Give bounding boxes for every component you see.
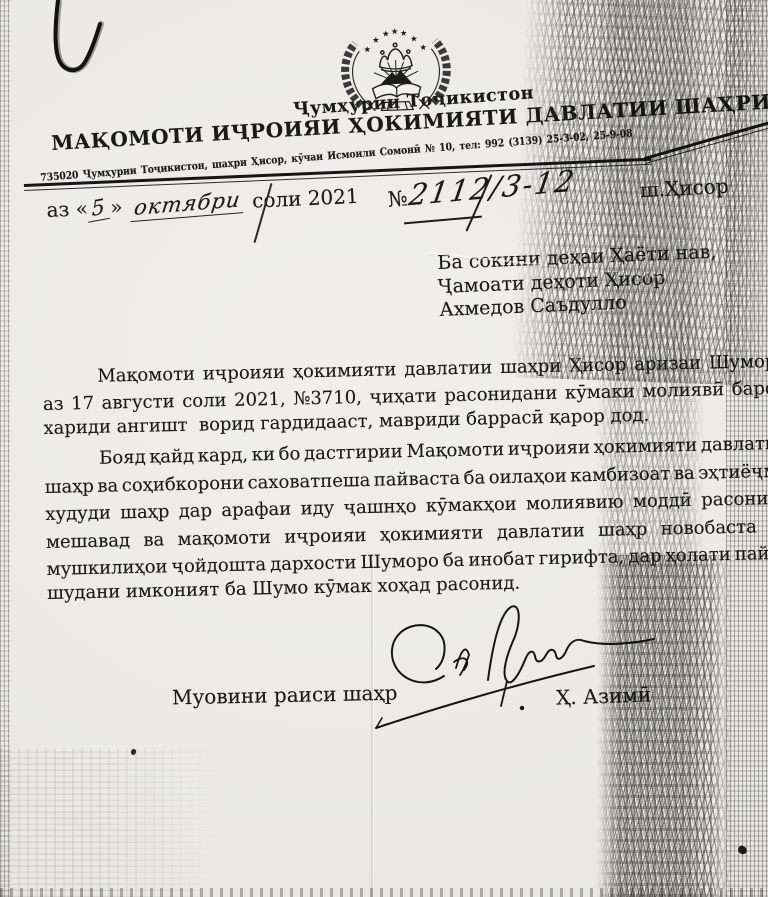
word: кард,: [198, 445, 249, 467]
svg-text:★: ★: [382, 29, 389, 38]
word: иду: [300, 498, 334, 520]
word: пайваста: [374, 467, 461, 490]
word: ва: [674, 462, 695, 483]
word: дастгирии: [304, 441, 403, 464]
word: арафаи: [221, 499, 291, 522]
scanner-noise-band: [0, 888, 768, 897]
city-label: ш.Ҳисор: [639, 174, 729, 203]
svg-text:★: ★: [363, 45, 370, 54]
word: давлатии: [701, 433, 768, 456]
scanned-letter-page: ★★★ ★★★★ Ҷумҳурии Тоҷикистон МАҚОМОТИ ИҶ…: [0, 0, 768, 897]
header-rule-right: [644, 119, 768, 164]
word: инобат: [468, 548, 535, 570]
word: саховатпеша: [247, 469, 370, 493]
word: Шуморо: [709, 350, 768, 373]
word: эҳтиёҷманди: [698, 459, 768, 483]
word: аризаи: [634, 352, 701, 374]
word: бо: [278, 443, 300, 464]
word: камбизоат: [570, 463, 671, 486]
word: ҷиҳати: [369, 385, 437, 407]
word: №3710,: [293, 387, 362, 409]
word: 17: [71, 393, 94, 414]
word: соли: [182, 390, 227, 412]
word: ба: [463, 467, 485, 488]
svg-text:★: ★: [410, 34, 417, 43]
word: 2021,: [234, 389, 286, 411]
word: Бояд: [99, 447, 146, 469]
word: ҳокимияти: [293, 359, 397, 382]
number-sign: №: [387, 186, 409, 212]
handwritten-signature-icon: [372, 578, 662, 733]
word: Ҳисор: [569, 354, 627, 376]
scanner-noise-band: [0, 0, 10, 897]
word: ки: [252, 444, 276, 466]
addressee-block: Ба сокини деҳаи Ҳаёти нав, Ҷамоати деҳот…: [437, 241, 719, 323]
word: Мақомоти: [97, 363, 195, 386]
word: давлатии: [404, 357, 493, 380]
word: мушкилиҳои: [46, 556, 167, 580]
word: иҷроияи: [508, 437, 591, 460]
word: ҳолати: [665, 544, 731, 566]
paperclip-icon: [40, 0, 110, 90]
word: иҷроияи: [284, 524, 367, 547]
word: ҷашнҳо: [343, 496, 416, 519]
svg-text:★: ★: [372, 36, 379, 45]
word: ҳокимияти: [593, 435, 697, 458]
word: новобаста: [660, 516, 757, 539]
word: кӯмакҳои: [426, 494, 517, 517]
word: шаҳр: [598, 518, 648, 540]
word: кӯмаки: [565, 381, 635, 404]
word: соҳибкорони: [122, 472, 245, 496]
word: ва: [143, 529, 164, 550]
word: оилаҳои: [488, 465, 566, 488]
date-prefix: аз «: [46, 196, 88, 222]
word: моддӣ: [633, 490, 692, 512]
word: шаҳри: [500, 355, 562, 377]
word: мешавад: [46, 530, 131, 553]
word: мақомоти: [177, 527, 271, 550]
svg-text:★: ★: [400, 29, 407, 38]
word: дархости: [270, 552, 357, 575]
date-close-quote: »: [110, 195, 123, 220]
word: дар: [179, 500, 213, 522]
ink-speck: [131, 749, 136, 755]
word: давлатии: [496, 520, 585, 543]
word: шаҳр: [45, 475, 95, 497]
word: шаҳр: [120, 501, 170, 523]
svg-text:★: ★: [391, 27, 398, 36]
paper-fold-crease: [371, 560, 373, 897]
word: расонидани: [444, 383, 557, 406]
handwritten-month: октябри: [131, 187, 247, 222]
word: ба: [443, 550, 465, 571]
word: иҷроияи: [203, 361, 286, 384]
handwritten-day: 5: [88, 193, 111, 222]
scanner-noise-band: [0, 748, 225, 897]
word: аз: [43, 394, 64, 415]
signer-position-title: Муовини раиси шаҳр: [172, 681, 398, 710]
word: августи: [101, 391, 174, 414]
word: қайд: [149, 446, 194, 468]
word: молиявию: [526, 491, 624, 514]
word: дар: [628, 546, 662, 568]
word: Мақомоти: [406, 439, 504, 462]
word: пайдо: [734, 543, 768, 565]
word: гирифта,: [539, 546, 625, 569]
word: ҷойдошта: [171, 554, 266, 577]
word: барои: [732, 378, 768, 400]
word: молиявӣ: [642, 379, 724, 402]
ink-speck: [737, 845, 748, 856]
date-line: аз «5»октябрисоли 2021: [46, 184, 359, 224]
svg-text:★: ★: [419, 43, 426, 52]
letter-body: МақомотииҷроияиҳокимиятидавлатиишаҳриҲис…: [42, 344, 768, 608]
word: худуди: [45, 503, 111, 525]
word: ҳокимияти: [380, 522, 484, 545]
word: расонида: [701, 488, 768, 511]
word: ва: [97, 475, 118, 496]
